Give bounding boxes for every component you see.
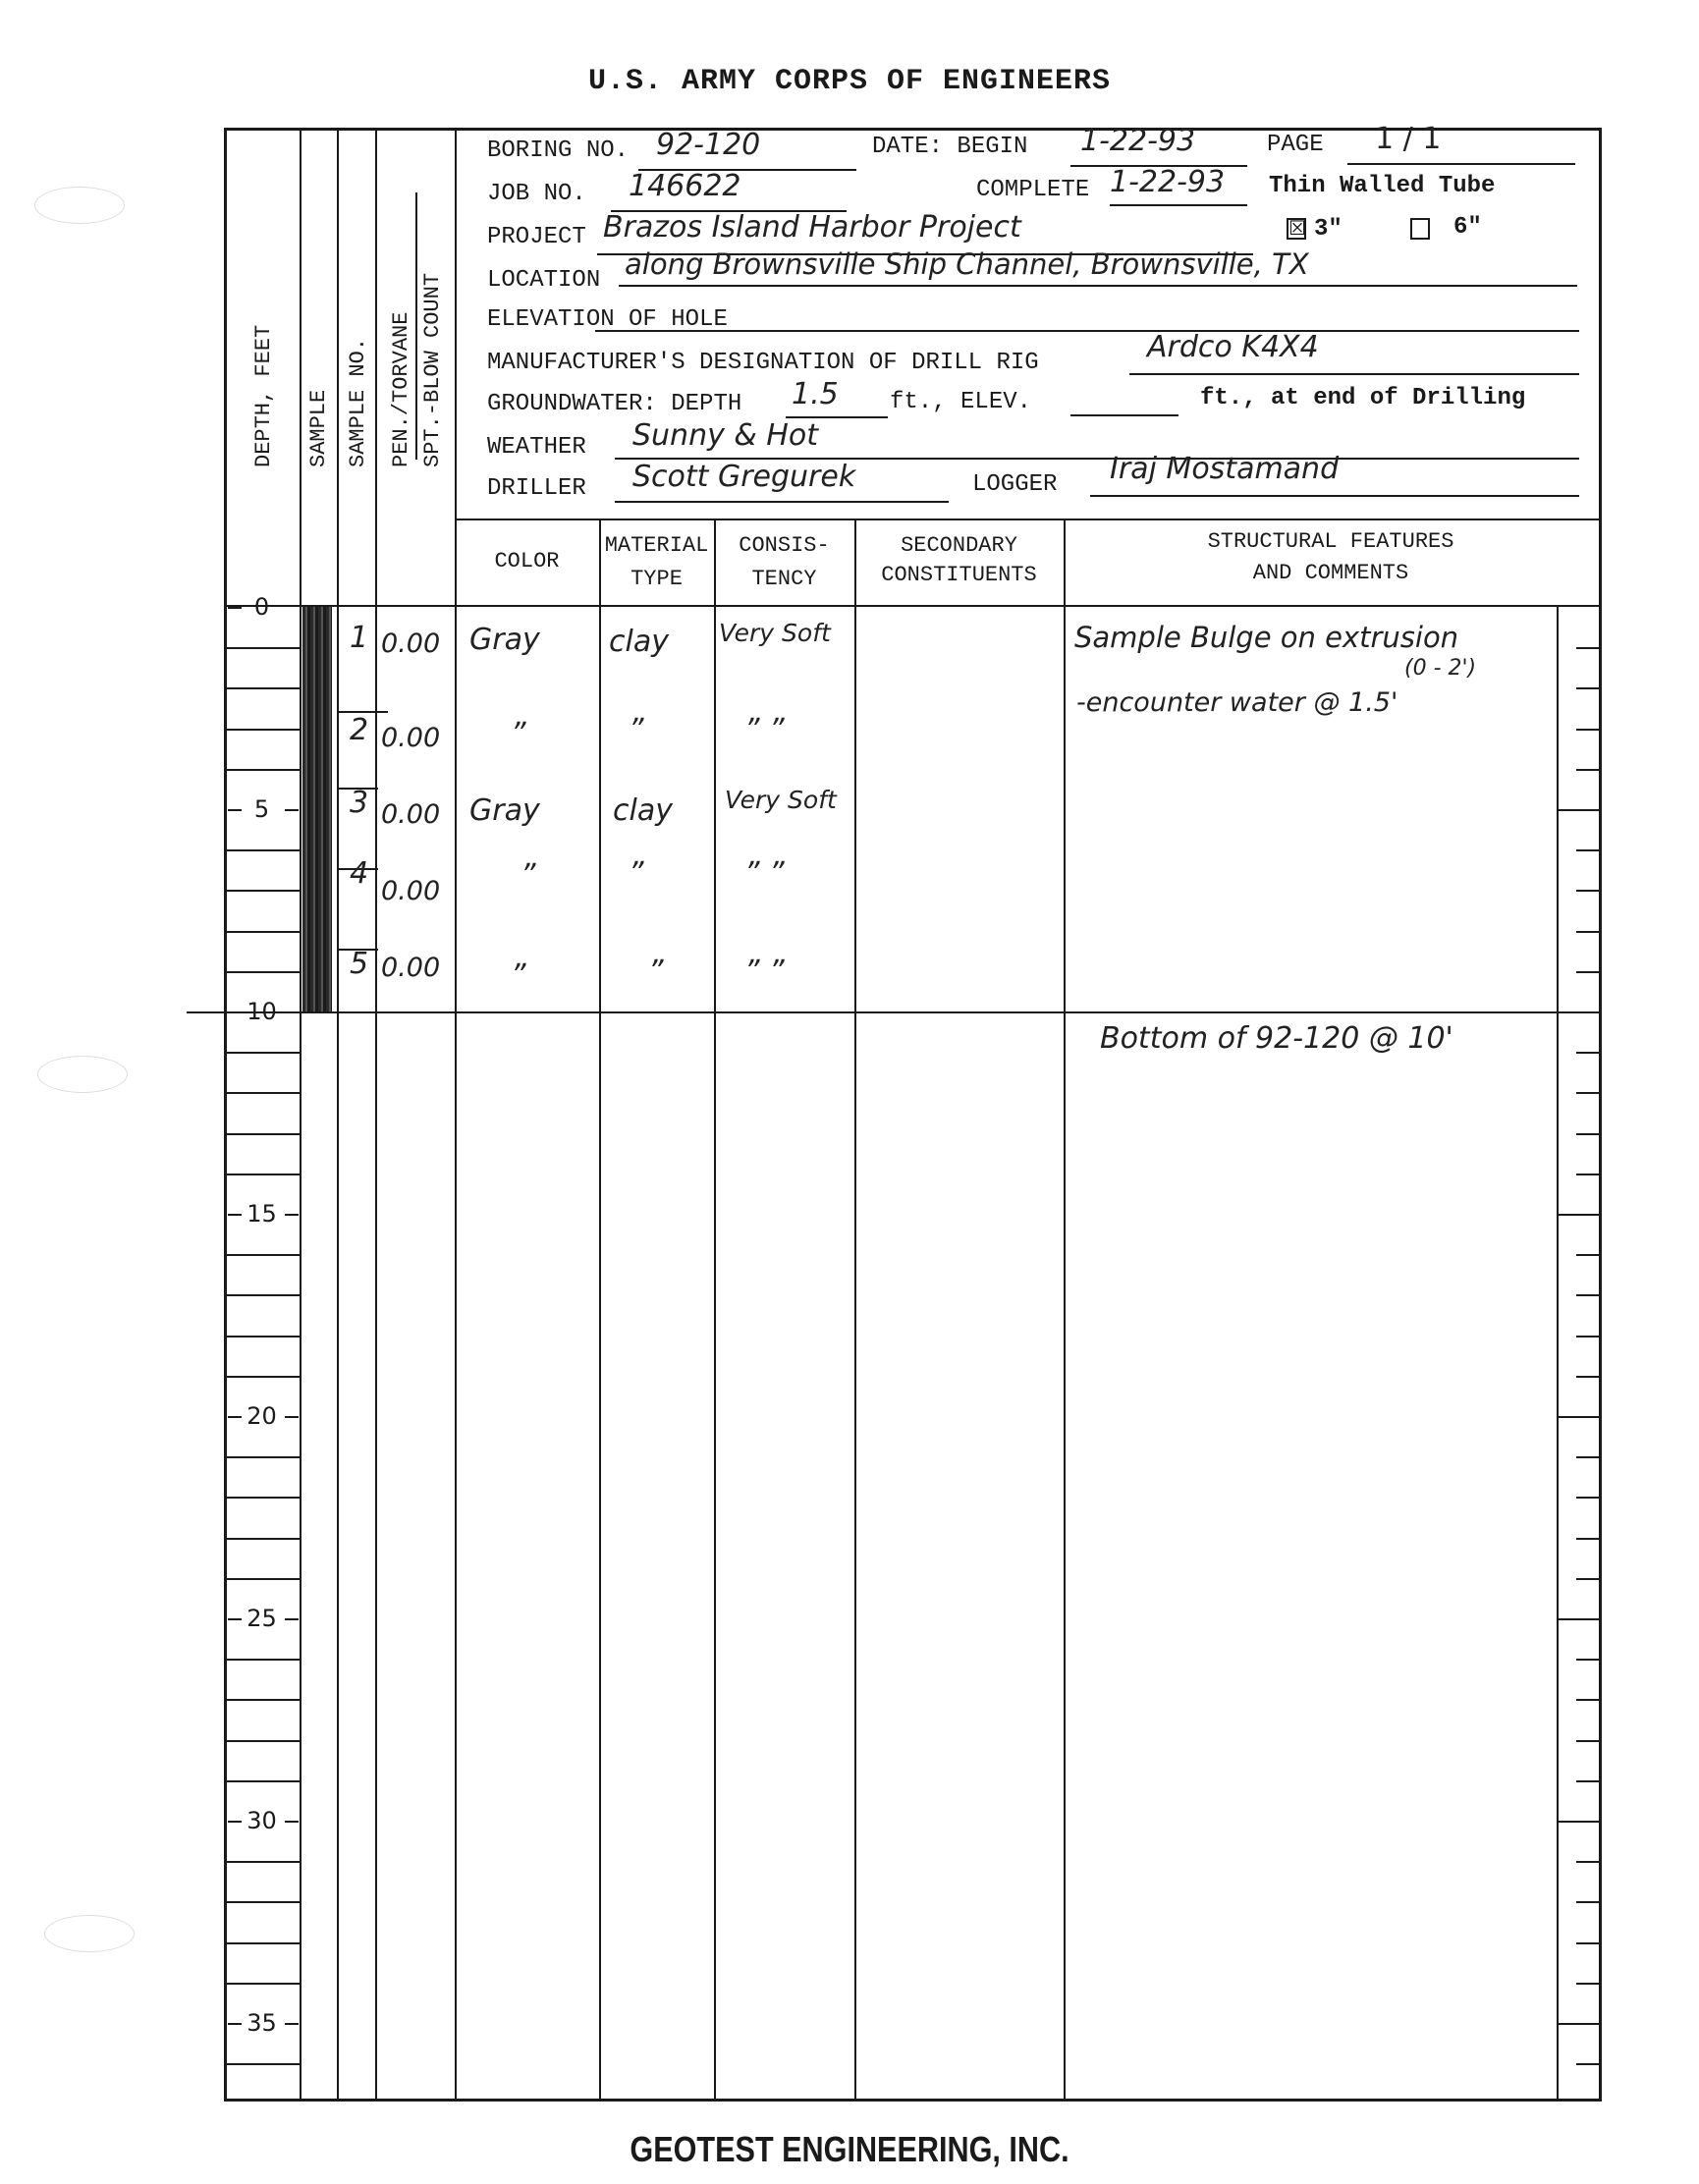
depth-minor-tick (226, 1376, 300, 1378)
consistency-header-line1: CONSIS- (714, 530, 854, 562)
project-value[interactable]: Brazos Island Harbor Project (603, 210, 1021, 245)
right-minor-tick (1576, 890, 1600, 892)
comment-line-1[interactable]: Sample Bulge on extrusion (1074, 621, 1458, 654)
depth-minor-tick (226, 931, 300, 933)
right-major-tick (1557, 1618, 1600, 1620)
pen-value-2[interactable]: 0.00 (381, 723, 440, 753)
right-minor-tick (1576, 1133, 1600, 1135)
consistency-value-5[interactable]: ” ” (744, 955, 785, 989)
sample-no-1[interactable]: 1 (350, 621, 368, 655)
material-value-5[interactable]: ” (648, 955, 664, 989)
right-minor-tick (1576, 1699, 1600, 1701)
drill-rig-label: MANUFACTURER'S DESIGNATION OF DRILL RIG (487, 350, 1039, 376)
page-underline (1347, 163, 1575, 165)
right-minor-tick (1576, 1740, 1600, 1742)
structural-features-header-line2: AND COMMENTS (1064, 558, 1598, 589)
depth-label-0: 0 (224, 593, 300, 621)
depth-minor-tick (226, 1294, 300, 1296)
depth-minor-tick (226, 1942, 300, 1944)
logger-label: LOGGER (972, 471, 1057, 498)
right-major-tick (1557, 1821, 1600, 1823)
weather-label: WEATHER (487, 434, 586, 461)
column-header-divider (224, 605, 1602, 607)
consistency-value-2[interactable]: ” ” (744, 713, 785, 747)
tube-6in-checkbox[interactable] (1410, 218, 1430, 240)
complete-value[interactable]: 1-22-93 (1110, 165, 1225, 199)
tube-6in-label: 6" (1453, 214, 1482, 241)
color-value-4[interactable]: ” (521, 858, 536, 893)
secondary-constituents-header-line1: SECONDARY (854, 530, 1064, 562)
depth-minor-tick (226, 971, 300, 973)
depth-minor-tick (226, 729, 300, 731)
structural-features-header-line1: STRUCTURAL FEATURES (1064, 526, 1598, 558)
right-major-tick (1557, 2023, 1600, 2025)
footer-company-name: GEOTEST ENGINEERING, INC. (128, 2129, 1572, 2170)
pen-value-5[interactable]: 0.00 (381, 953, 440, 983)
depth-label-25: 25 (224, 1605, 300, 1632)
comment-line-2[interactable]: -encounter water @ 1.5' (1076, 687, 1398, 718)
logger-value[interactable]: Iraj Mostamand (1110, 452, 1339, 486)
tube-label: Thin Walled Tube (1269, 173, 1495, 199)
page-value[interactable]: 1 / 1 (1375, 122, 1441, 156)
right-minor-tick (1576, 2063, 1600, 2065)
column-divider (599, 519, 601, 2102)
right-minor-tick (1576, 931, 1600, 933)
depth-minor-tick (226, 1578, 300, 1580)
right-minor-tick (1576, 1376, 1600, 1378)
groundwater-end-label: ft., at end of Drilling (1200, 385, 1525, 411)
material-value-3[interactable]: clay (613, 793, 673, 828)
driller-underline (615, 501, 949, 503)
right-minor-tick (1576, 1942, 1600, 1944)
depth-minor-tick (226, 2063, 300, 2065)
right-minor-tick (1576, 1538, 1600, 1540)
depth-minor-tick (226, 769, 300, 771)
depth-minor-tick (226, 1538, 300, 1540)
depth-label-20: 20 (224, 1402, 300, 1430)
column-divider (337, 128, 339, 2102)
consistency-value-4[interactable]: ” ” (744, 856, 785, 891)
punch-hole-decoration (34, 187, 125, 224)
right-minor-tick (1576, 1497, 1600, 1499)
groundwater-depth-value[interactable]: 1.5 (792, 377, 839, 411)
right-minor-tick (1576, 647, 1600, 649)
drill-rig-value[interactable]: Ardco K4X4 (1147, 330, 1319, 364)
depth-label-30: 30 (224, 1807, 300, 1834)
depth-minor-tick (226, 1254, 300, 1256)
sample-no-header: SAMPLE NO. (346, 338, 370, 467)
right-minor-tick (1576, 1456, 1600, 1458)
color-column-header: COLOR (455, 546, 599, 577)
fraction-bar (415, 192, 417, 460)
page-label: PAGE (1267, 132, 1324, 158)
depth-minor-tick (226, 1092, 300, 1094)
depth-label-10: 10 (224, 998, 300, 1025)
column-divider (300, 128, 301, 2102)
sample-header: SAMPLE (306, 390, 331, 467)
depth-minor-tick (226, 687, 300, 689)
material-type-header-line1: MATERIAL (599, 530, 714, 562)
depth-minor-tick (226, 1861, 300, 1863)
color-value-1[interactable]: Gray (469, 623, 540, 657)
tube-3in-checkbox[interactable]: ☒ (1287, 218, 1306, 240)
complete-underline (1110, 204, 1247, 206)
depth-minor-tick (226, 647, 300, 649)
depth-minor-tick (226, 1740, 300, 1742)
depth-feet-header: DEPTH, FEET (251, 325, 276, 467)
right-minor-tick (1576, 1336, 1600, 1338)
elevation-underline[interactable] (595, 330, 1579, 332)
tube-3in-label: 3" (1314, 216, 1343, 243)
consistency-header-line2: TENCY (714, 564, 854, 595)
right-major-tick (1557, 1214, 1600, 1216)
right-minor-tick (1576, 687, 1600, 689)
pen-value-4[interactable]: 0.00 (381, 876, 440, 906)
sample-no-3[interactable]: 3 (350, 786, 368, 820)
logger-underline (1090, 495, 1579, 497)
consistency-value-1[interactable]: Very Soft (719, 619, 831, 647)
pen-torvane-header: PEN./TORVANE (389, 312, 413, 467)
job-no-value[interactable]: 146622 (629, 169, 741, 203)
spt-blow-count-header: SPT.-BLOW COUNT (420, 273, 445, 467)
punch-hole-decoration (44, 1915, 135, 1952)
right-minor-tick (1576, 1052, 1600, 1054)
groundwater-elev-label: ft., ELEV. (890, 389, 1031, 415)
weather-value[interactable]: Sunny & Hot (632, 418, 818, 453)
depth-minor-tick (226, 1983, 300, 1985)
complete-label: COMPLETE (976, 177, 1089, 203)
secondary-constituents-header-line2: CONSTITUENTS (854, 560, 1064, 591)
pen-value-1[interactable]: 0.00 (381, 628, 440, 659)
bottom-of-boring-line (187, 1011, 1602, 1013)
elevation-label: ELEVATION OF HOLE (487, 306, 728, 333)
sample-no-4[interactable]: 4 (350, 856, 368, 891)
right-minor-tick (1576, 729, 1600, 731)
depth-minor-tick (226, 1901, 300, 1903)
depth-minor-tick (226, 1052, 300, 1054)
location-label: LOCATION (487, 267, 600, 294)
material-value-1[interactable]: clay (609, 625, 669, 659)
right-minor-tick (1576, 1901, 1600, 1903)
depth-minor-tick (226, 1174, 300, 1175)
material-value-4[interactable]: ” (629, 856, 644, 891)
consistency-value-3[interactable]: Very Soft (725, 786, 837, 814)
right-minor-tick (1576, 1092, 1600, 1094)
boring-no-value[interactable]: 92-120 (656, 128, 760, 162)
depth-minor-tick (226, 1497, 300, 1499)
driller-value[interactable]: Scott Gregurek (632, 460, 855, 494)
date-begin-value[interactable]: 1-22-93 (1080, 124, 1195, 158)
job-no-label: JOB NO. (487, 181, 586, 207)
depth-minor-tick (226, 1133, 300, 1135)
right-minor-tick (1576, 1659, 1600, 1661)
location-underline (619, 285, 1577, 287)
column-divider (455, 128, 457, 2102)
right-minor-tick (1576, 1780, 1600, 1782)
depth-label-35: 35 (224, 2009, 300, 2037)
project-label: PROJECT (487, 224, 586, 250)
header-divider (455, 519, 1602, 520)
column-divider (375, 128, 377, 2102)
right-minor-tick (1576, 1294, 1600, 1296)
color-value-2[interactable]: ” (511, 717, 526, 751)
depth-minor-tick (226, 1780, 300, 1782)
sample-interval-bar (302, 607, 332, 1011)
bottom-of-boring-comment[interactable]: Bottom of 92-120 @ 10' (1100, 1021, 1453, 1056)
depth-minor-tick (226, 1659, 300, 1661)
column-divider (714, 519, 716, 2102)
comment-line-1-note[interactable]: (0 - 2') (1404, 656, 1476, 681)
column-divider (854, 519, 856, 2102)
pen-value-3[interactable]: 0.00 (381, 799, 440, 830)
material-value-2[interactable]: ” (629, 713, 644, 747)
column-divider (1557, 605, 1559, 2102)
depth-label-15: 15 (224, 1200, 300, 1228)
right-minor-tick (1576, 849, 1600, 851)
depth-minor-tick (226, 890, 300, 892)
depth-minor-tick (226, 849, 300, 851)
right-minor-tick (1576, 1983, 1600, 1985)
right-minor-tick (1576, 1254, 1600, 1256)
depth-minor-tick (226, 1456, 300, 1458)
punch-hole-decoration (37, 1056, 128, 1093)
color-value-5[interactable]: ” (511, 958, 526, 993)
groundwater-elev-underline[interactable] (1070, 414, 1178, 416)
depth-minor-tick (226, 1336, 300, 1338)
right-minor-tick (1576, 769, 1600, 771)
date-begin-label: DATE: BEGIN (872, 134, 1027, 160)
drill-rig-underline (1129, 373, 1579, 375)
column-divider (1064, 519, 1066, 2102)
right-major-tick (1557, 1416, 1600, 1418)
right-major-tick (1557, 1011, 1600, 1013)
right-minor-tick (1576, 1861, 1600, 1863)
color-value-3[interactable]: Gray (469, 793, 540, 828)
right-minor-tick (1576, 1578, 1600, 1580)
groundwater-depth-label: GROUNDWATER: DEPTH (487, 391, 741, 417)
right-major-tick (1557, 809, 1600, 811)
boring-no-label: BORING NO. (487, 137, 629, 164)
driller-label: DRILLER (487, 475, 586, 502)
agency-title: U.S. ARMY CORPS OF ENGINEERS (0, 65, 1699, 98)
material-type-header-line2: TYPE (599, 564, 714, 595)
right-minor-tick (1576, 1174, 1600, 1175)
sample-no-2[interactable]: 2 (350, 713, 368, 747)
depth-label-5: 5 (224, 795, 300, 823)
depth-minor-tick (226, 1699, 300, 1701)
sample-no-5[interactable]: 5 (350, 947, 368, 981)
location-value[interactable]: along Brownsville Ship Channel, Brownsvi… (625, 247, 1309, 281)
right-minor-tick (1576, 971, 1600, 973)
